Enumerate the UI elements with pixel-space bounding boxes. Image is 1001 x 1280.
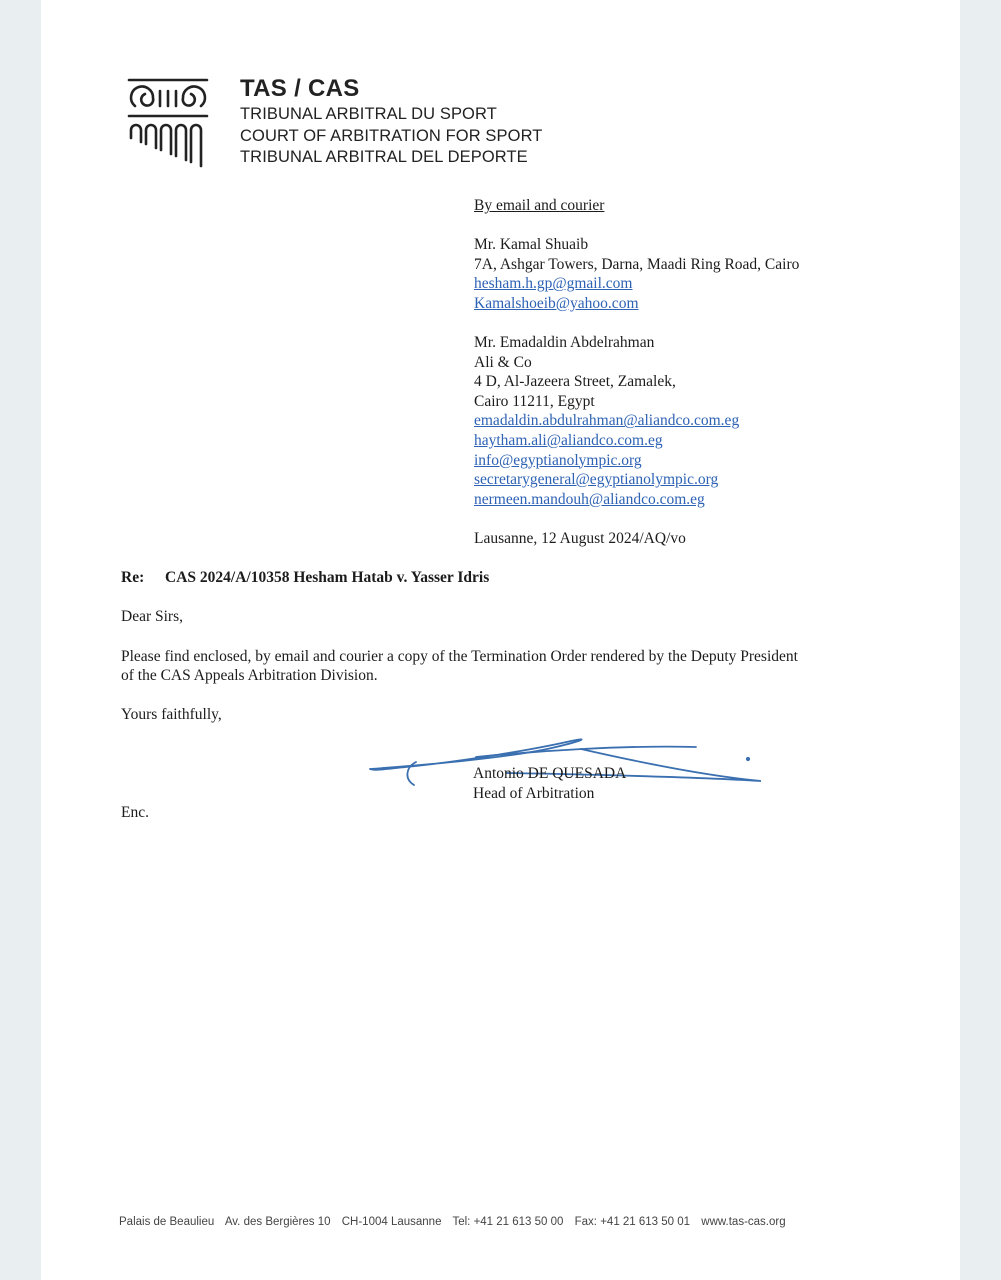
footer-website-link[interactable]: www.tas-cas.org (701, 1216, 785, 1228)
footer-city: CH-1004 Lausanne (342, 1216, 442, 1228)
org-name-fr: TRIBUNAL ARBITRAL DU SPORT (240, 104, 542, 126)
body-paragraph: Please find enclosed, by email and couri… (121, 647, 798, 685)
salutation: Dear Sirs, (121, 607, 183, 626)
email-link[interactable]: nermeen.mandouh@aliandco.com.eg (474, 491, 705, 508)
footer: Palais de Beaulieu Av. des Bergières 10 … (119, 1216, 794, 1228)
email-link[interactable]: secretarygeneral@egyptianolympic.org (474, 471, 718, 488)
org-name-es: TRIBUNAL ARBITRAL DEL DEPORTE (240, 147, 542, 169)
signature-block: Antonio DE QUESADA Head of Arbitration (473, 764, 626, 804)
place-date: Lausanne, 12 August 2024/AQ/vo (474, 529, 686, 549)
subject-label: Re: (121, 568, 165, 587)
signatory-name: Antonio DE QUESADA (473, 764, 626, 784)
recipient-2-name: Mr. Emadaldin Abdelrahman (474, 333, 739, 353)
recipient-2-firm: Ali & Co (474, 353, 739, 373)
letter-page: TAS / CAS TRIBUNAL ARBITRAL DU SPORT COU… (41, 0, 960, 1280)
email-link[interactable]: emadaldin.abdulrahman@aliandco.com.eg (474, 412, 739, 429)
recipient-1-address: 7A, Ashgar Towers, Darna, Maadi Ring Roa… (474, 255, 799, 275)
org-title: TAS / CAS (240, 74, 542, 104)
email-link[interactable]: haytham.ali@aliandco.com.eg (474, 432, 663, 449)
email-link[interactable]: info@egyptianolympic.org (474, 452, 642, 469)
ionic-column-icon (127, 76, 209, 168)
footer-street: Av. des Bergières 10 (225, 1216, 331, 1228)
recipient-2-address-2: Cairo 11211, Egypt (474, 392, 739, 412)
footer-phone: Tel: +41 21 613 50 00 (452, 1216, 563, 1228)
recipient-1-name: Mr. Kamal Shuaib (474, 235, 799, 255)
body-line-1: Please find enclosed, by email and couri… (121, 647, 798, 666)
footer-fax: Fax: +41 21 613 50 01 (575, 1216, 690, 1228)
letterhead: TAS / CAS TRIBUNAL ARBITRAL DU SPORT COU… (240, 74, 542, 169)
subject-text: CAS 2024/A/10358 Hesham Hatab v. Yasser … (165, 569, 489, 586)
email-link[interactable]: hesham.h.gp@gmail.com (474, 275, 632, 292)
email-link[interactable]: Kamalshoeib@yahoo.com (474, 295, 639, 312)
subject-line: Re:CAS 2024/A/10358 Hesham Hatab v. Yass… (121, 568, 489, 587)
body-line-2: of the CAS Appeals Arbitration Division. (121, 666, 798, 685)
recipient-2: Mr. Emadaldin Abdelrahman Ali & Co 4 D, … (474, 333, 739, 509)
footer-address: Palais de Beaulieu (119, 1216, 214, 1228)
org-name-en: COURT OF ARBITRATION FOR SPORT (240, 126, 542, 148)
signatory-title: Head of Arbitration (473, 784, 626, 804)
delivery-method: By email and courier (474, 196, 604, 216)
recipient-2-address-1: 4 D, Al-Jazeera Street, Zamalek, (474, 372, 739, 392)
recipient-1: Mr. Kamal Shuaib 7A, Ashgar Towers, Darn… (474, 235, 799, 313)
enclosure-note: Enc. (121, 803, 149, 822)
closing: Yours faithfully, (121, 705, 222, 724)
